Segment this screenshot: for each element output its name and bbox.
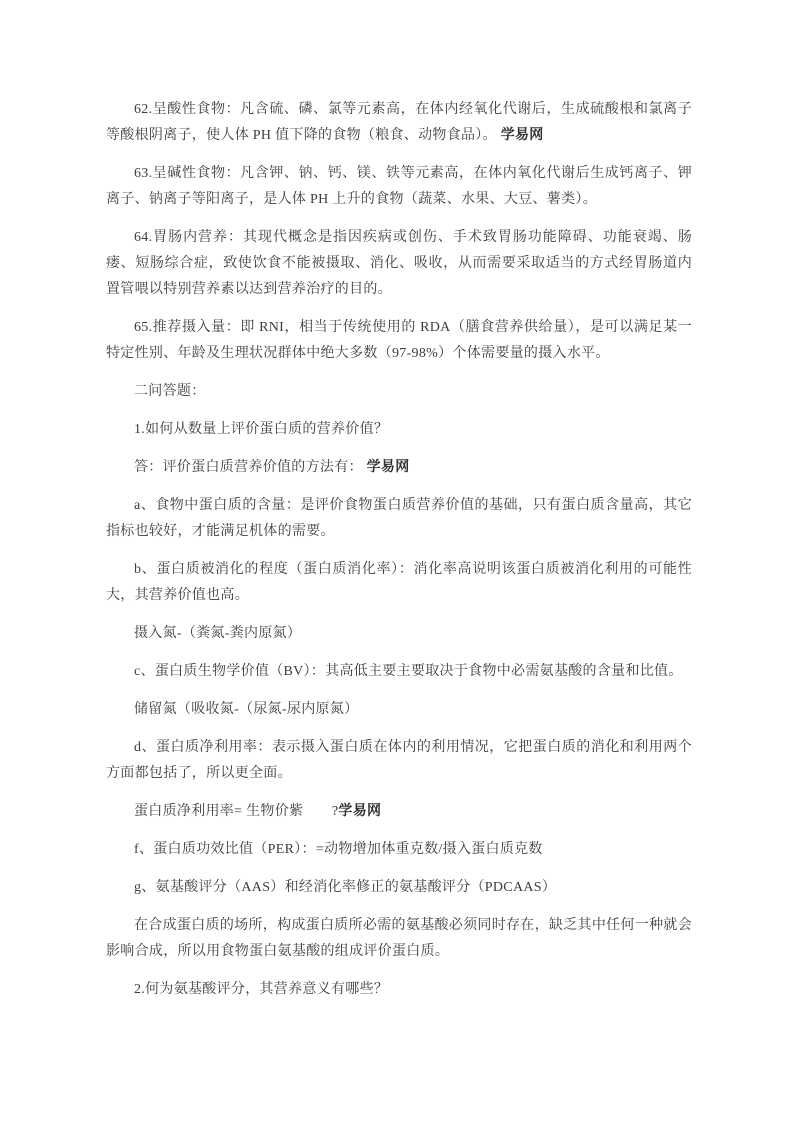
paragraph: 1.如何从数量上评价蛋白质的营养价值？ <box>106 417 692 443</box>
paragraph-text: 2.何为氨基酸评分，其营养意义有哪些？ <box>134 982 388 997</box>
paragraph-text: 蛋白质净利用率= 生物价紫 ? <box>134 804 338 819</box>
watermark-text: 学易网 <box>338 804 381 819</box>
paragraph: 62.呈酸性食物：凡含硫、磷、氯等元素高，在体内经氧化代谢后，生成硫酸根和氯离子… <box>106 97 692 149</box>
paragraph: a、食物中蛋白质的含量：是评价食物蛋白质营养价值的基础，只有蛋白质含量高，其它指… <box>106 493 692 545</box>
paragraph: 2.何为氨基酸评分，其营养意义有哪些？ <box>106 977 692 1003</box>
watermark-text: 学易网 <box>501 128 544 143</box>
paragraph-text: f、蛋白质功效比值（PER）：=动物增加体重克数/摄入蛋白质克数 <box>134 842 543 857</box>
paragraph: 二问答题： <box>106 379 692 405</box>
paragraph-text: 摄入氮-（粪氮-粪内原氮） <box>134 626 301 641</box>
paragraph-text: 二问答题： <box>134 384 206 399</box>
paragraph: 储留氮（吸收氮-（尿氮-尿内原氮） <box>106 697 692 723</box>
paragraph-text: 答：评价蛋白质营养价值的方法有： <box>134 460 367 475</box>
paragraph-text: 65.推荐摄入量：即 RNI，相当于传统使用的 RDA（膳食营养供给量），是可以… <box>106 320 692 361</box>
paragraph: 在合成蛋白质的场所，构成蛋白质所必需的氨基酸必须同时存在，缺乏其中任何一种就会影… <box>106 913 692 965</box>
paragraph-text: 储留氮（吸收氮-（尿氮-尿内原氮） <box>134 702 358 717</box>
paragraph: d、蛋白质净利用率：表示摄入蛋白质在体内的利用情况，它把蛋白质的消化和利用两个方… <box>106 735 692 787</box>
paragraph-text: 64.胃肠内营养：其现代概念是指因疾病或创伤、手术致胃肠功能障碍、功能衰竭、肠瘘… <box>106 230 692 297</box>
paragraph-text: 1.如何从数量上评价蛋白质的营养价值？ <box>134 422 388 437</box>
document-body: 62.呈酸性食物：凡含硫、磷、氯等元素高，在体内经氧化代谢后，生成硫酸根和氯离子… <box>0 0 794 1003</box>
paragraph-text: c、蛋白质生物学价值（BV）：其高低主要主要取决于食物中必需氨基酸的含量和比值。 <box>134 664 683 679</box>
paragraph: 答：评价蛋白质营养价值的方法有： 学易网 <box>106 455 692 481</box>
paragraph-text: d、蛋白质净利用率：表示摄入蛋白质在体内的利用情况，它把蛋白质的消化和利用两个方… <box>106 740 692 781</box>
paragraph: 65.推荐摄入量：即 RNI，相当于传统使用的 RDA（膳食营养供给量），是可以… <box>106 315 692 367</box>
watermark-text: 学易网 <box>367 460 410 475</box>
paragraph: b、蛋白质被消化的程度（蛋白质消化率）：消化率高说明该蛋白质被消化利用的可能性大… <box>106 557 692 609</box>
paragraph: f、蛋白质功效比值（PER）：=动物增加体重克数/摄入蛋白质克数 <box>106 837 692 863</box>
paragraph-text: 62.呈酸性食物：凡含硫、磷、氯等元素高，在体内经氧化代谢后，生成硫酸根和氯离子… <box>106 102 692 143</box>
paragraph: 64.胃肠内营养：其现代概念是指因疾病或创伤、手术致胃肠功能障碍、功能衰竭、肠瘘… <box>106 225 692 303</box>
paragraph: 摄入氮-（粪氮-粪内原氮） <box>106 621 692 647</box>
paragraph: 63.呈碱性食物：凡含钾、钠、钙、镁、铁等元素高，在体内氧化代谢后生成钙离子、钾… <box>106 161 692 213</box>
paragraph-text: a、食物中蛋白质的含量：是评价食物蛋白质营养价值的基础，只有蛋白质含量高，其它指… <box>106 498 692 539</box>
paragraph: c、蛋白质生物学价值（BV）：其高低主要主要取决于食物中必需氨基酸的含量和比值。 <box>106 659 692 685</box>
paragraph: g、氨基酸评分（AAS）和经消化率修正的氨基酸评分（PDCAAS） <box>106 875 692 901</box>
paragraph: 蛋白质净利用率= 生物价紫 ?学易网 <box>106 799 692 825</box>
document-page: 62.呈酸性食物：凡含硫、磷、氯等元素高，在体内经氧化代谢后，生成硫酸根和氯离子… <box>0 0 794 1123</box>
paragraph-text: b、蛋白质被消化的程度（蛋白质消化率）：消化率高说明该蛋白质被消化利用的可能性大… <box>106 562 692 603</box>
paragraph-text: 在合成蛋白质的场所，构成蛋白质所必需的氨基酸必须同时存在，缺乏其中任何一种就会影… <box>106 918 692 959</box>
paragraph-text: 63.呈碱性食物：凡含钾、钠、钙、镁、铁等元素高，在体内氧化代谢后生成钙离子、钾… <box>106 166 692 207</box>
paragraph-text: g、氨基酸评分（AAS）和经消化率修正的氨基酸评分（PDCAAS） <box>134 880 556 895</box>
